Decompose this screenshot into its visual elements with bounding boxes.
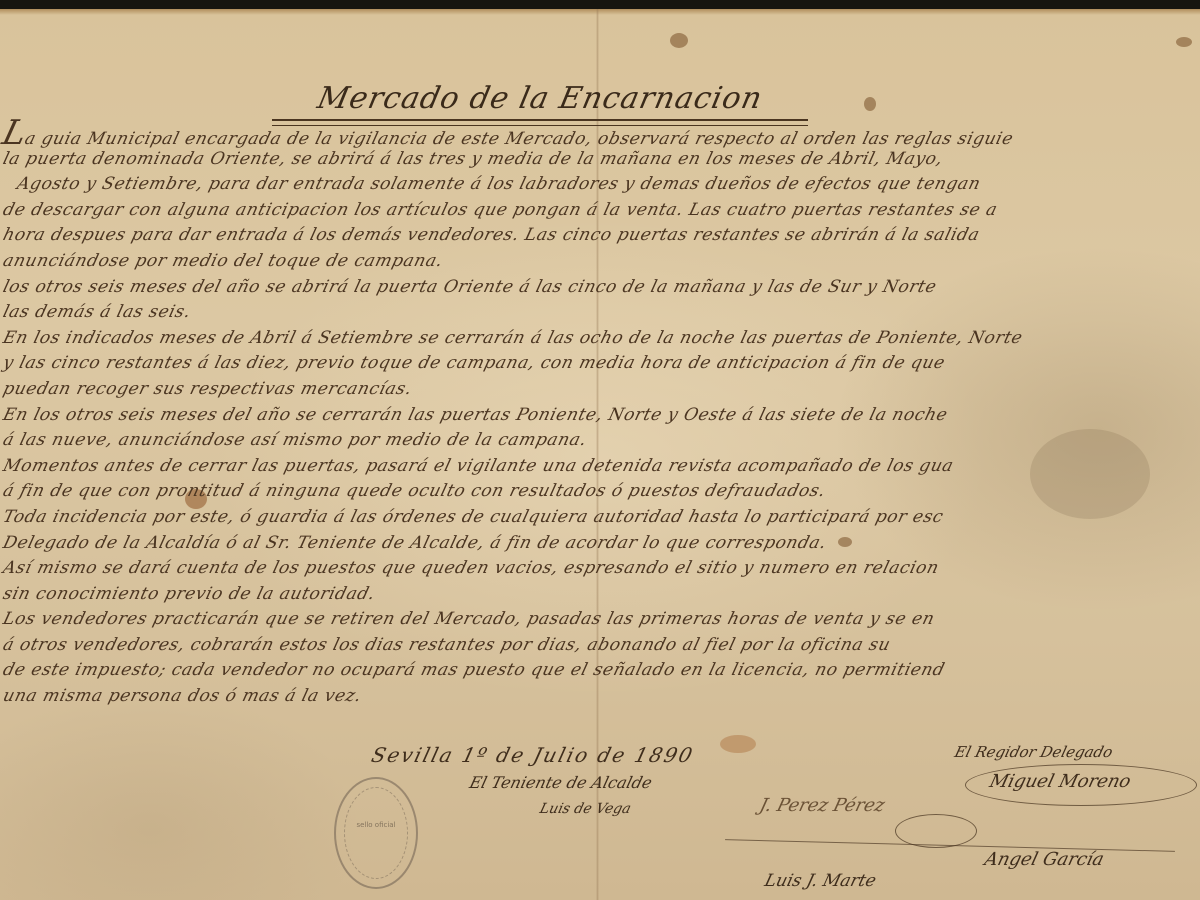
- text-line: En los otros seis meses del año se cerra…: [0, 403, 1200, 429]
- text-line: Delegado de la Alcaldía ó al Sr. Tenient…: [0, 531, 1200, 557]
- text-line: á otros vendedores, cobrarán estos los d…: [0, 633, 1200, 659]
- text-line: de este impuesto; cada vendedor no ocupa…: [0, 658, 1200, 684]
- text-line: de descargar con alguna anticipacion los…: [0, 198, 1200, 224]
- scan-border: [0, 0, 1200, 9]
- signature-flourish: [965, 764, 1197, 806]
- text-line: Los vendedores practicarán que se retire…: [0, 607, 1200, 633]
- text-line: la puerta denominada Oriente, se abrirá …: [0, 147, 1200, 173]
- text-line: anunciándose por medio del toque de camp…: [0, 249, 1200, 275]
- place-and-date: Sevilla 1º de Julio de 1890: [369, 743, 697, 767]
- text-line: En los indicados meses de Abril á Setiem…: [0, 326, 1200, 352]
- official-seal-stamp: sello oficial: [334, 777, 418, 889]
- text-line: Agosto y Setiembre, para dar entrada sol…: [0, 172, 1200, 198]
- text-line: puedan recoger sus respectivas mercancía…: [0, 377, 1200, 403]
- text-line: Así mismo se dará cuenta de los puestos …: [0, 556, 1200, 582]
- text-line: La guia Municipal encargada de la vigila…: [0, 121, 1200, 147]
- document-heading: Mercado de la Encarnacion: [272, 81, 808, 116]
- signature-perez: J. Perez Pérez: [757, 795, 887, 816]
- manuscript-body: La guia Municipal encargada de la vigila…: [0, 121, 1200, 710]
- text-line: una misma persona dos ó mas á la vez.: [0, 684, 1200, 710]
- text-line: los otros seis meses del año se abrirá l…: [0, 275, 1200, 301]
- text-line: Toda incidencia por este, ó guardia á la…: [0, 505, 1200, 531]
- text-line: á fin de que con prontitud á ninguna que…: [0, 479, 1200, 505]
- signature-marte: Luis J. Marte: [763, 871, 879, 891]
- signatory-role-regidor: El Regidor Delegado: [953, 743, 1115, 761]
- text-line: á las nueve, anunciándose así mismo por …: [0, 428, 1200, 454]
- text-line: Momentos antes de cerrar las puertas, pa…: [0, 454, 1200, 480]
- signatory-role-teniente: El Teniente de Alcalde: [468, 773, 655, 792]
- signature-garcia: Angel García: [982, 849, 1106, 870]
- page-title: Mercado de la Encarnacion: [314, 81, 766, 116]
- ink-stain: [670, 33, 688, 48]
- text-line: sin conocimiento previo de la autoridad.: [0, 582, 1200, 608]
- ink-stain: [864, 97, 876, 111]
- signatory-name-teniente: Luis de Vega: [538, 801, 633, 817]
- seal-label: sello oficial: [336, 821, 416, 829]
- ink-stain: [1176, 37, 1192, 47]
- text-line: y las cinco restantes á las diez, previo…: [0, 351, 1200, 377]
- text-line: hora despues para dar entrada á los demá…: [0, 223, 1200, 249]
- manuscript-page: Mercado de la Encarnacion La guia Munici…: [0, 9, 1200, 900]
- seal-inner-ring: [344, 787, 408, 879]
- paper-edge: [0, 9, 1200, 15]
- paper-stain: [720, 735, 756, 753]
- text-line: las demás á las seis.: [0, 300, 1200, 326]
